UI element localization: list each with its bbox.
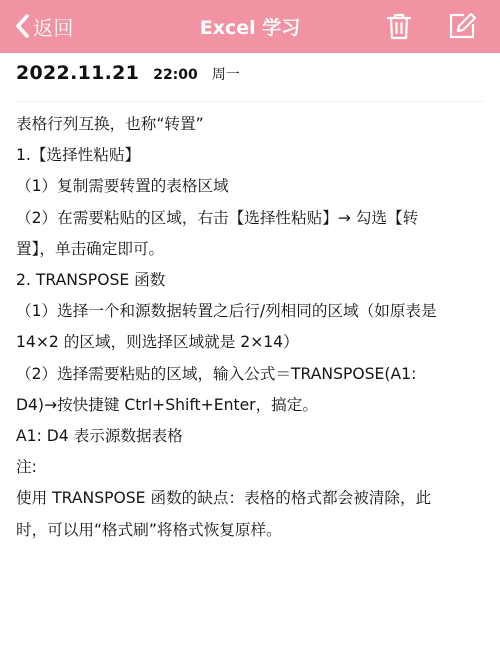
note-line: A1: D4 表示源数据表格 <box>16 421 486 452</box>
back-button[interactable]: 返回 <box>14 9 74 43</box>
note-line: 2. TRANSPOSE 函数 <box>16 265 486 296</box>
note-line: （1）复制需要转置的表格区域 <box>16 171 486 202</box>
note-line: 置】，单击确定即可。 <box>16 234 486 265</box>
chevron-left-icon <box>14 13 30 39</box>
note-date: 2022.11.21 <box>16 62 139 84</box>
note-weekday: 周一 <box>212 64 240 84</box>
note-line: （1）选择一个和源数据转置之后行/列相同的区域（如原表是 <box>16 296 486 327</box>
page-title: Excel 学习 <box>0 13 500 40</box>
note-line: （2）在需要粘贴的区域，右击【选择性粘贴】→ 勾选【转 <box>16 203 486 234</box>
note-line: 使用 TRANSPOSE 函数的缺点：表格的格式都会被清除，此 <box>16 483 486 514</box>
note-line: 表格行列互换，也称“转置” <box>16 109 486 140</box>
note-time: 22:00 <box>153 67 198 83</box>
note-datetime: 2022.11.21 22:00 周一 <box>16 62 240 92</box>
delete-button[interactable] <box>384 11 414 41</box>
edit-button[interactable] <box>447 11 477 41</box>
note-body[interactable]: 表格行列互换，也称“转置” 1.【选择性粘贴】 （1）复制需要转置的表格区域 （… <box>16 109 486 546</box>
note-line: （2）选择需要粘贴的区域，输入公式＝TRANSPOSE(A1: <box>16 359 486 390</box>
note-line: 1.【选择性粘贴】 <box>16 140 486 171</box>
trash-icon <box>384 11 414 41</box>
note-line: 注: <box>16 452 486 483</box>
note-line: D4)→按快捷键 Ctrl+Shift+Enter，搞定。 <box>16 390 486 421</box>
note-line: 时，可以用“格式刷”将格式恢复原样。 <box>16 515 486 546</box>
top-nav-bar: 返回 Excel 学习 <box>0 0 500 53</box>
divider <box>16 101 484 102</box>
back-label: 返回 <box>33 12 74 41</box>
note-line: 14×2 的区域，则选择区域就是 2×14） <box>16 327 486 358</box>
edit-icon <box>447 11 477 41</box>
